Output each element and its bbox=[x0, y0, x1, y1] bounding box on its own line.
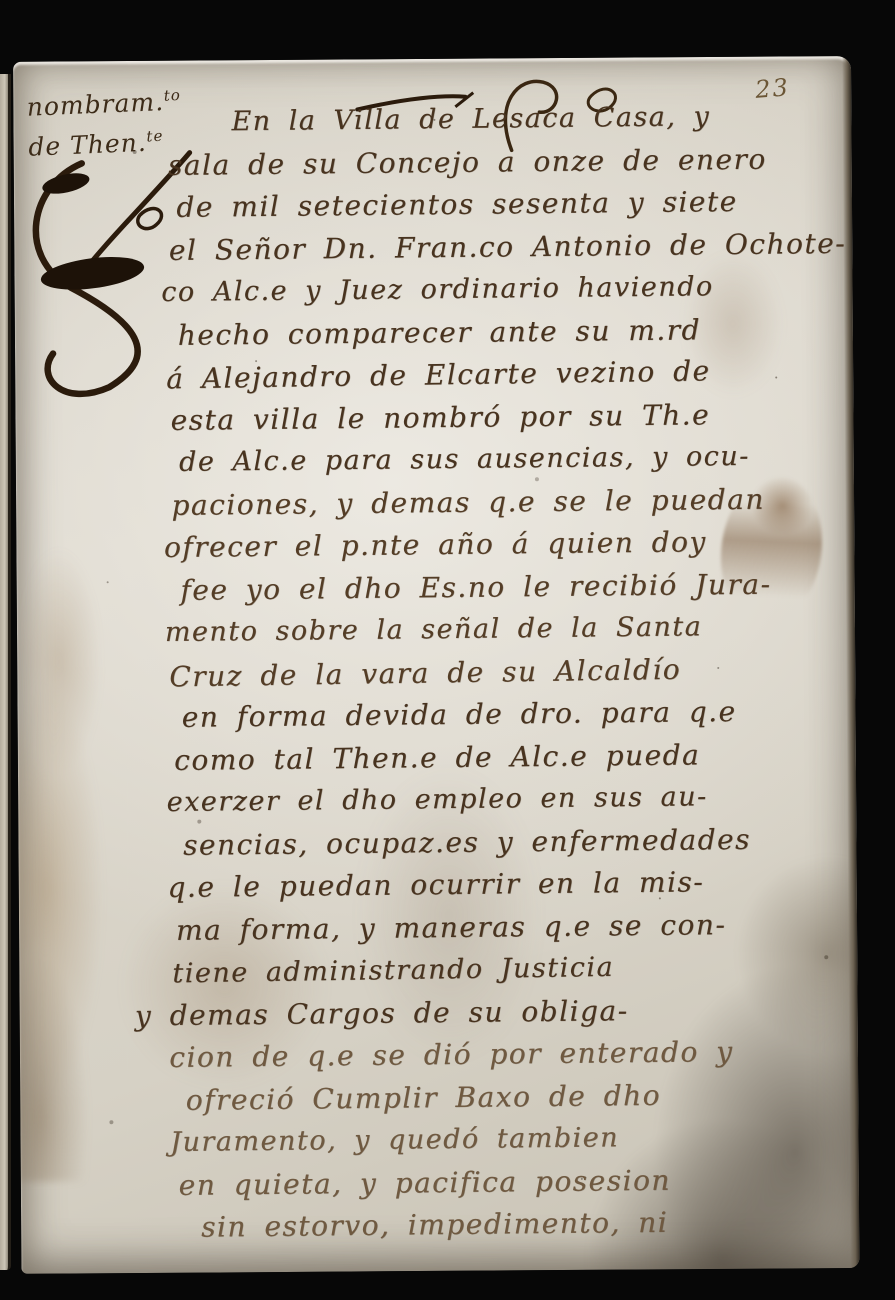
manuscript-line: esta villa le nombró por su Th.e bbox=[170, 392, 840, 442]
manuscript-page: nombram.to de Then.te 23 En la Villa de … bbox=[13, 56, 859, 1274]
manuscript-line: de Alc.e para sus ausencias, y ocu- bbox=[179, 435, 841, 484]
manuscript-line: fee yo el dho Es.no le recibió Jura- bbox=[180, 562, 842, 611]
manuscript-line: q.e le puedan ocurrir en la mis- bbox=[167, 860, 845, 910]
manuscript-line: ofrecer el p.nte año á quien doy bbox=[164, 520, 842, 570]
manuscript-line: exerzer el dho empleo en sus au- bbox=[166, 775, 844, 825]
manuscript-line: sin estorvo, impedimento, ni bbox=[201, 1200, 849, 1249]
underlying-page-edge bbox=[0, 74, 11, 1270]
manuscript-line: sencias, ocupaz.es y enfermedades bbox=[183, 817, 845, 866]
manuscript-line: cion de q.e se dió por enterado y bbox=[169, 1030, 847, 1080]
manuscript-line: en quieta, y pacifica posesion bbox=[178, 1157, 848, 1207]
manuscript-line: paciones, y demas q.e se le puedan bbox=[171, 477, 841, 527]
manuscript-line: Juramento, y quedó tambien bbox=[170, 1115, 848, 1165]
manuscript-line: como tal Then.e de Alc.e pueda bbox=[174, 732, 844, 782]
manuscript-line: ofreció Cumplir Baxo de dho bbox=[186, 1072, 848, 1121]
manuscript-line: sala de su Concejo a onze de enero bbox=[168, 137, 838, 187]
water-stain-left bbox=[13, 531, 153, 1182]
manuscript-line: co Alc.e y Juez ordinario haviendo bbox=[161, 265, 839, 315]
manuscript-text: En la Villa de Lesaca Casa, ysala de su … bbox=[159, 95, 849, 1250]
manuscript-line: el Señor Dn. Fran.co Antonio de Ochote- bbox=[169, 222, 839, 272]
manuscript-line: de mil setecientos sesenta y siete bbox=[176, 180, 838, 229]
paper-speckles bbox=[13, 62, 15, 64]
manuscript-line: en forma devida de dro. para q.e bbox=[182, 690, 844, 739]
manuscript-line: En la Villa de Lesaca Casa, y bbox=[231, 95, 837, 144]
